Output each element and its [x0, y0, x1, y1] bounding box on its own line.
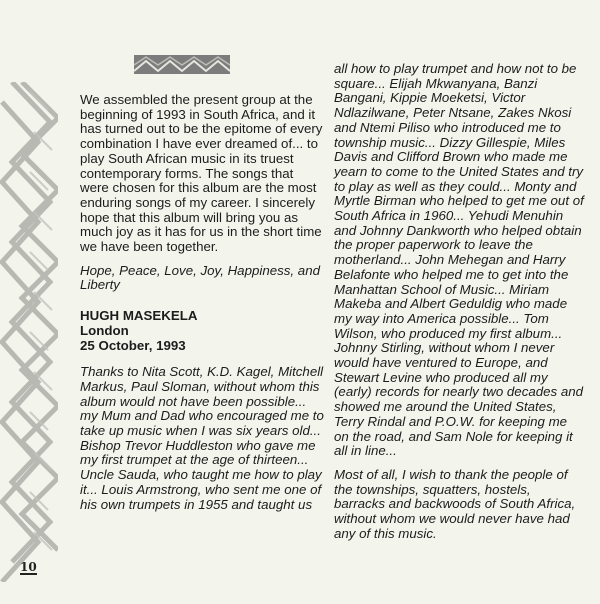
motto: Hope, Peace, Love, Joy, Happiness, and L… — [80, 264, 325, 293]
closing-thanks-paragraph: Most of all, I wish to thank the people … — [334, 468, 584, 542]
left-column: We assembled the present group at the be… — [80, 93, 325, 521]
zigzag-ornament-icon — [134, 55, 230, 74]
right-column: all how to play trumpet and how not to b… — [334, 62, 584, 551]
signature-place: London — [80, 324, 325, 339]
thanks-paragraph: Thanks to Nita Scott, K.D. Kagel, Mitche… — [80, 365, 325, 512]
signature-block: HUGH MASEKELA London 25 October, 1993 — [80, 309, 325, 353]
intro-paragraph: We assembled the present group at the be… — [80, 93, 325, 255]
thanks-paragraph-continued: all how to play trumpet and how not to b… — [334, 62, 584, 459]
page-number: 10 — [20, 562, 37, 575]
signature-date: 25 October, 1993 — [80, 339, 325, 354]
signature-name: HUGH MASEKELA — [80, 309, 325, 324]
zigzag-border-pattern-icon — [0, 82, 58, 582]
